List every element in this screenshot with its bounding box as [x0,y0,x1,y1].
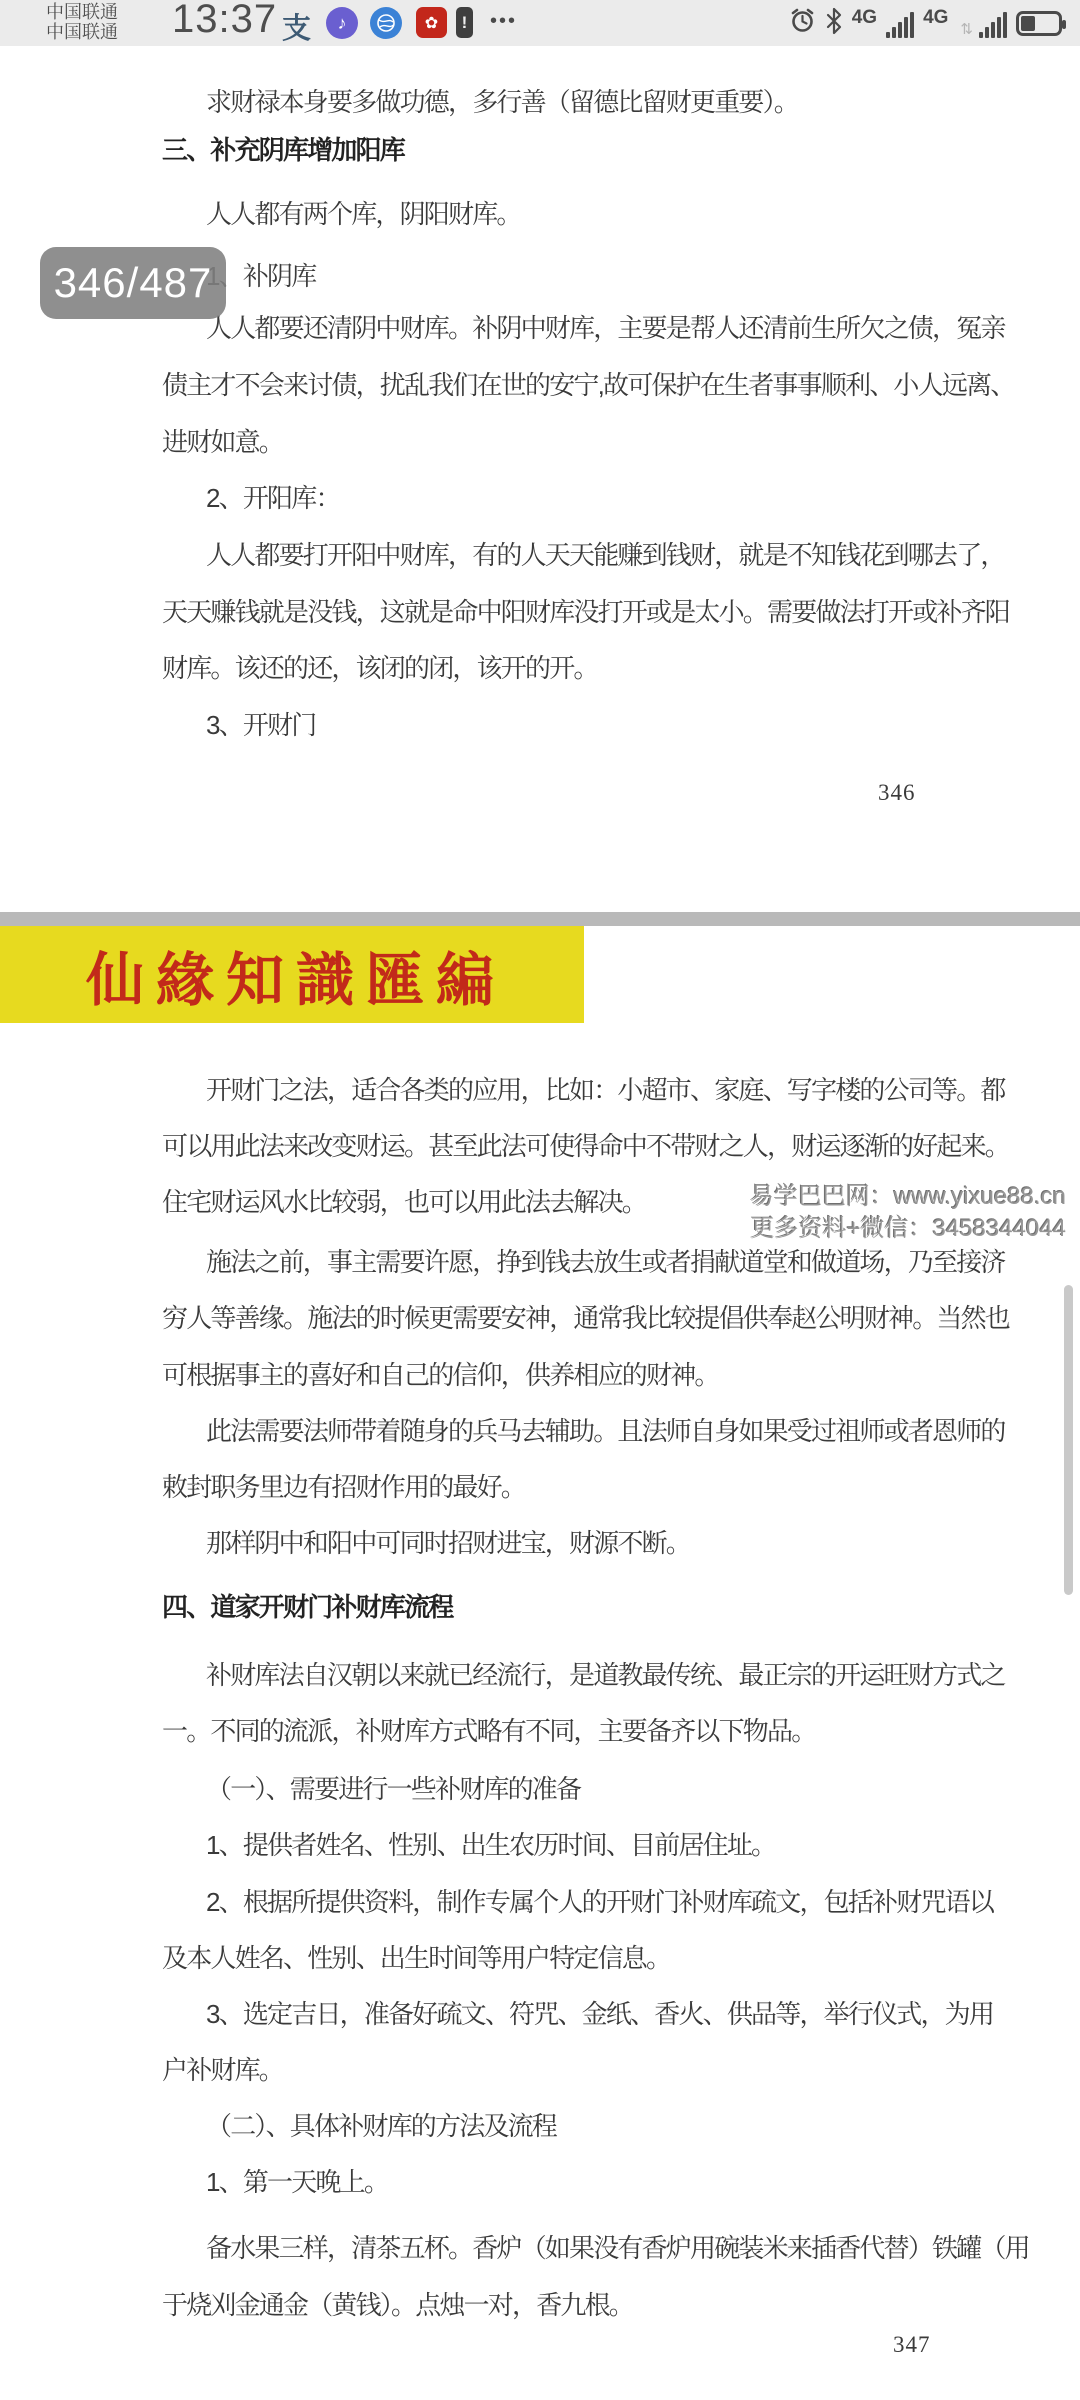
text-line: 3、选定吉日，准备好疏文、符咒、金纸、香火、供品等，举行仪式，为用 [206,1994,1080,2031]
network-type-sim2: 4G [923,7,948,29]
text-line: 那样阴中和阳中可同时招财进宝，财源不断。 [206,1523,1080,1560]
text-line: （二）、具体补财库的方法及流程 [206,2106,1080,2143]
alipay-notification-icon: 支 [282,6,311,47]
watermark-site: 易学巴巴网：www.yixue88.cn [750,1176,1066,1211]
text-line: 天天赚钱就是没钱，这就是命中阳财库没打开或是太小。需要做法打开或补齐阳 [162,592,1042,629]
text-line: 补财库法自汉朝以来就已经流行，是道教最传统、最正宗的开运旺财方式之 [206,1655,1080,1692]
text-line: 施法之前，事主需要许愿，挣到钱去放生或者捐献道堂和做道场，乃至接济 [206,1242,1080,1279]
battery-nub [1062,20,1066,29]
text-line: 可以用此法来改变财运。甚至此法可使得命中不带财之人，财运逐渐的好起来。 [162,1126,1042,1163]
text-line: 一。不同的流派，补财库方式略有不同，主要备齐以下物品。 [162,1711,1042,1748]
text-line: 备水果三样，清茶五杯。香炉（如果没有香炉用碗装米来插香代替）铁罐（用 [206,2228,1080,2265]
text-line: 债主才不会来讨债，扰乱我们在世的安宁,故可保护在生者事事顺利、小人远离、 [162,365,1042,402]
text-line: 户补财库。 [162,2050,1042,2087]
globe-icon [370,7,402,39]
battery-icon [1016,11,1062,36]
text-line: 人人都要还清阴中财库。补阴中财库，主要是帮人还清前生所欠之债，冤亲 [206,308,1080,345]
signal-bars-sim1 [886,12,914,38]
music-note-icon: ♪ [326,7,358,39]
text-line: 开财门之法，适合各类的应用，比如：小超市、家庭、写字楼的公司等。都 [206,1070,1080,1107]
flower-icon: ✿ [416,7,447,38]
page-position-badge: 346/487 [40,247,226,319]
carrier-sim1: 中国联通 [46,2,118,22]
carrier-labels: 中国联通 中国联通 [46,2,118,42]
text-line: 于烧刈金通金（黄钱）。点烛一对，香九根。 [162,2285,1042,2322]
watermark-wechat: 更多资料+微信：3458344044 [751,1208,1067,1243]
text-line: 穷人等善缘。施法的时候更需要安神，通常我比较提倡供奉赵公明财神。当然也 [162,1298,1042,1335]
status-clock: 13:37 [172,0,277,42]
book-title-banner: 仙緣知識匯編 [0,926,584,1023]
page-number-347: 347 [893,2332,931,2358]
battery-fill [1021,16,1035,31]
carrier-sim2: 中国联通 [46,22,118,42]
browser-notification-icon [370,7,402,39]
alarm-icon [789,7,816,39]
signal-bars-sim2 [979,12,1007,38]
network-type-sim1: 4G [852,7,877,29]
text-line: 及本人姓名、性别、出生时间等用户特定信息。 [162,1938,1042,1975]
text-line: 1、第一天晚上。 [206,2162,1080,2199]
status-bar: 中国联通 中国联通 13:37 支 ♪ ✿ ! ••• 4G 4G ⇅ [0,0,1080,46]
text-line: 2、根据所提供资料，制作专属个人的开财门补财库疏文，包括补财咒语以 [206,1882,1080,1919]
text-line: 可根据事主的喜好和自己的信仰，供养相应的财神。 [162,1355,1042,1392]
alert-notification-icon: ! [456,7,473,38]
text-line: 人人都有两个库，阴阳财库。 [206,194,1080,231]
red-app-notification-icon: ✿ [416,7,447,38]
text-line: 敕封职务里边有招财作用的最好。 [162,1467,1042,1504]
text-line: 1、补阴库 [206,256,1080,293]
text-line: 进财如意。 [162,422,1042,459]
document-page-346[interactable]: 求财禄本身要多做功德，多行善（留德比留财更重要）。 三、补充阴库增加阳库 人人都… [0,46,1080,912]
text-line: 财库。该还的还，该闭的闭，该开的开。 [162,648,1042,685]
text-line: 1、提供者姓名、性别、出生农历时间、目前居住址。 [206,1825,1080,1862]
exclamation-icon: ! [456,7,473,38]
data-arrows-icon: ⇅ [960,20,973,38]
text-line: （一）、需要进行一些补财库的准备 [206,1769,1080,1806]
section-heading-3: 三、补充阴库增加阳库 [162,130,1042,167]
text-line: 2、开阳库： [206,478,1080,515]
page-gap-separator [0,912,1080,926]
section-heading-4: 四、道家开财门补财库流程 [162,1587,1042,1624]
text-line: 求财禄本身要多做功德，多行善（留德比留财更重要）。 [206,82,1080,119]
text-line: 人人都要打开阳中财库，有的人天天能赚到钱财，就是不知钱花到哪去了， [206,535,1080,572]
scrollbar-thumb[interactable] [1064,1285,1073,1595]
text-line: 3、开财门 [206,705,1080,742]
status-bar-right: 4G 4G ⇅ [789,0,1062,46]
text-line: 此法需要法师带着随身的兵马去辅助。且法师自身如果受过祖师或者恩师的 [206,1411,1080,1448]
page-number-346: 346 [878,780,916,806]
more-notifications-icon: ••• [490,10,517,33]
bluetooth-icon [825,7,843,40]
book-title-text: 仙緣知識匯編 [86,933,506,1017]
music-app-notification-icon: ♪ [326,7,358,39]
